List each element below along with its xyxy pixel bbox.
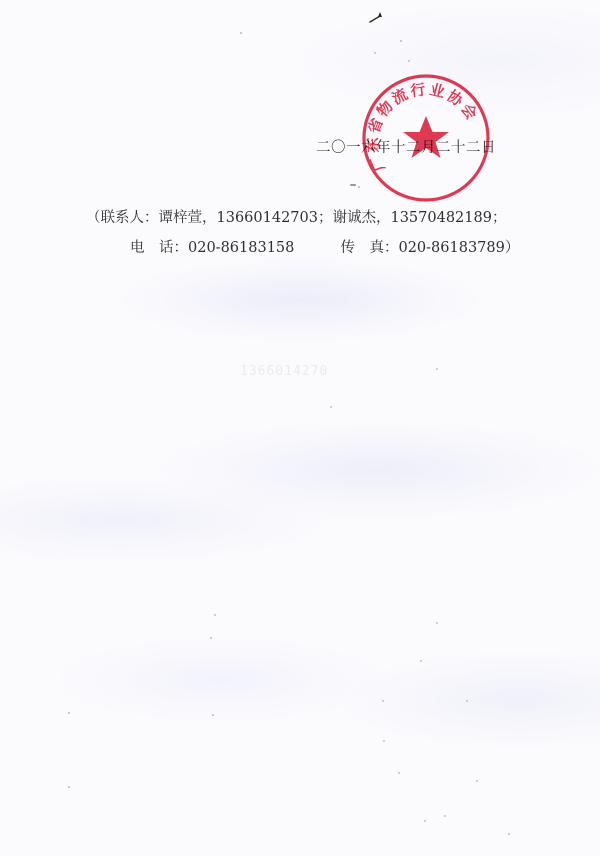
star-icon (403, 116, 449, 158)
contact-persons: （联系人：谭梓萱，13660142703；谢诚杰，13570482189； (86, 206, 506, 227)
fax-label: 传 真： (340, 240, 398, 256)
fax-number: 020-86183789） (398, 240, 519, 256)
contact-phone-fax: 电 话：020-86183158 传 真：020-86183789） (130, 236, 519, 257)
phone-label: 电 话： (130, 240, 188, 256)
phone-number: 020-86183158 (188, 240, 294, 256)
ink-mark (368, 10, 388, 24)
bleed-through-text: 1366014270 (240, 364, 328, 379)
document-page: 广东省物流行业协会 二〇一六年十二月二十二日 （联系人：谭梓萱，13660142… (0, 0, 600, 856)
official-seal-stamp: 广东省物流行业协会 (360, 72, 492, 204)
